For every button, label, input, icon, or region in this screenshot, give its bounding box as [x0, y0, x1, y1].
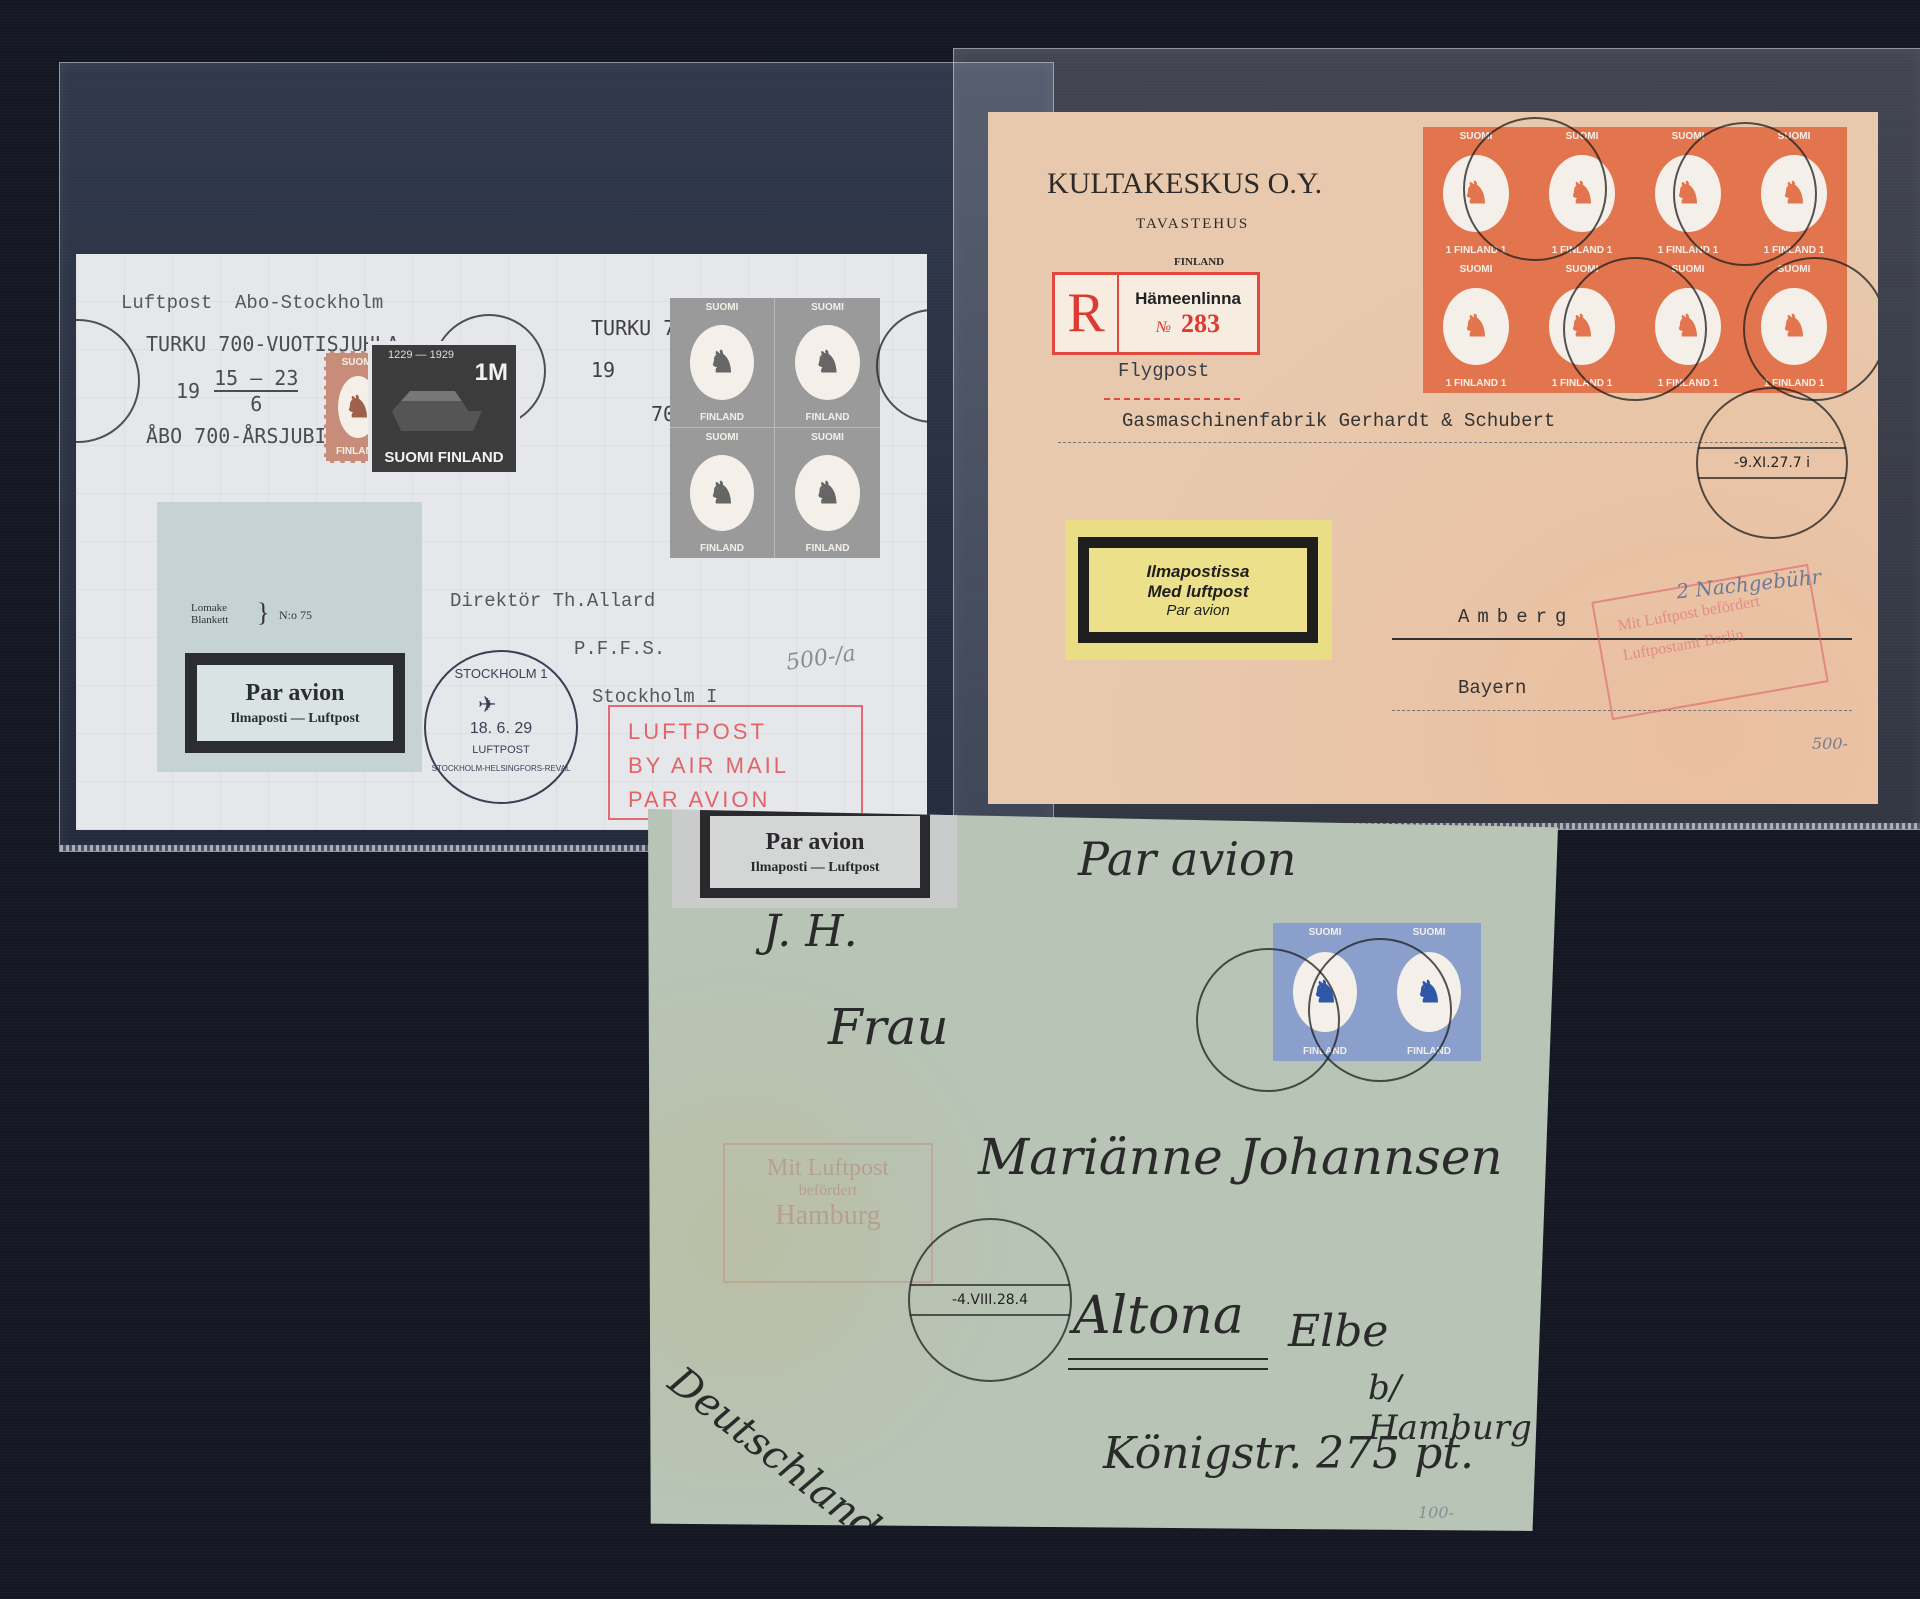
label-subtitle: Ilmaposti — Luftpost [750, 860, 879, 876]
plane-icon: ✈ [478, 692, 496, 718]
cover-right: KULTAKESKUS O.Y. TAVASTEHUS FINLAND R Hä… [988, 112, 1878, 804]
postmark-yxpila-3: -4.VIII.28.4 [908, 1218, 1072, 1382]
stamp-value: 1M [475, 359, 508, 387]
handwritten-river: Elbe [1288, 1306, 1388, 1357]
postmark-hameenlinna [1563, 257, 1707, 401]
label-title: Par avion [766, 829, 865, 856]
stamp-country: SUOMI [706, 302, 739, 313]
cancel-middle: LUFTPOST [426, 744, 576, 756]
registration-label: R Hämeenlinna № 283 [1052, 272, 1260, 355]
stamp-label: FINLAND [700, 412, 744, 423]
form-line1: Lomake [191, 602, 228, 614]
slogan-month: 6 [250, 392, 262, 416]
lion-icon: ♞ [795, 325, 860, 400]
address-line2: P.F.F.S. [574, 638, 665, 660]
faint-box-line3: Hamburg [725, 1200, 931, 1232]
stamp-5: SUOMI ♞ FINLAND [670, 428, 775, 558]
faint-hamburg-box: Mit Luftpost befördert Hamburg [723, 1143, 933, 1283]
company-city: TAVASTEHUS [1136, 216, 1249, 233]
stamp-5: SUOMI ♞ FINLAND [775, 428, 880, 558]
cancel-top: STOCKHOLM 1 [426, 666, 576, 681]
form-labels: Lomake Blankett [191, 602, 228, 626]
red-box-line2: BY AIR MAIL [628, 749, 861, 783]
city-to: Amberg [1458, 606, 1574, 628]
stamp-label: FINLAND [806, 412, 850, 423]
slogan-date-range: 15 — 23 [214, 366, 298, 392]
stamp-years: 1229 — 1929 [388, 349, 454, 361]
slogan-date-prefix: 19 [176, 379, 200, 403]
handwritten-name: Mariänne Johannsen [978, 1128, 1503, 1186]
faint-box-line2: befördert [725, 1182, 931, 1200]
form-line2: Blankett [191, 614, 228, 626]
luftpost-red-box: LUFTPOST BY AIR MAIL PAR AVION [608, 705, 863, 820]
handwritten-country: Deutschland [660, 1358, 889, 1531]
yellow-label-line3: Par avion [1166, 602, 1229, 619]
company-country: FINLAND [1174, 256, 1224, 268]
pencil-note: 500-/a [785, 641, 858, 675]
yellow-label-line2: Med luftpost [1147, 582, 1248, 602]
form-panel: Lomake Blankett } N:o 75 Par avion Ilmap… [157, 502, 422, 772]
stamp-1-markka: SUOMI♞1 FINLAND 1 [1423, 260, 1529, 393]
handwritten-city: Altona [1073, 1286, 1244, 1346]
stamp-country: SUOMI [1413, 927, 1446, 938]
lion-icon: ♞ [1443, 288, 1509, 366]
stamp-5: SUOMI ♞ FINLAND [670, 298, 775, 428]
addressee: Gasmaschinenfabrik Gerhardt & Schubert [1122, 410, 1555, 432]
yellow-airmail-label: Ilmapostissa Med luftpost Par avion [1065, 520, 1332, 660]
registration-number-prefix: № [1156, 319, 1171, 337]
stamp-country: SUOMI [706, 432, 739, 443]
lion-icon: ♞ [795, 455, 860, 531]
stamp-block-5-penni: SUOMI ♞ FINLAND SUOMI ♞ FINLAND SUOMI ♞ … [670, 298, 880, 558]
form-brace: } [257, 598, 269, 628]
stamp-ship-1m: 1229 — 1929 1M SUOMI FINLAND [368, 341, 520, 476]
label-subtitle: Ilmaposti — Luftpost [230, 711, 359, 727]
city-underline [1068, 1358, 1268, 1370]
faint-box-line1: Mit Luftpost [725, 1155, 931, 1182]
par-avion-label: Par avion Ilmaposti — Luftpost [185, 653, 405, 753]
handwritten-sender-initials: J. H. [763, 906, 858, 957]
typed-service: Flygpost [1118, 360, 1209, 382]
red-dash-line [1104, 398, 1240, 400]
address-line1: Direktör Th.Allard [450, 590, 655, 612]
registration-office: Hämeenlinna [1135, 289, 1241, 309]
label-title: Par avion [246, 680, 345, 707]
postmark-left [76, 319, 140, 443]
company-name: KULTAKESKUS O.Y. [1047, 167, 1322, 201]
postmark-hameenlinna [1673, 122, 1817, 266]
red-box-line1: LUFTPOST [628, 715, 861, 749]
registration-letter: R [1055, 275, 1119, 352]
stamp-country: SUOMI [1460, 264, 1493, 275]
postmark-hameenlinna [1743, 257, 1878, 401]
postmark-date: -9.XI.27.7 i [1698, 447, 1846, 479]
yellow-label-line1: Ilmapostissa [1147, 562, 1250, 582]
postmark-hameenlinna [1463, 117, 1607, 261]
stamp-label: 1 FINLAND 1 [1446, 378, 1507, 389]
par-avion-label-bottom: Par avion Ilmaposti — Luftpost [672, 798, 957, 908]
cancel-date: 18. 6. 29 [426, 720, 576, 738]
postmark-right [876, 309, 927, 423]
pencil-note: 100- [1418, 1503, 1454, 1522]
stamp-block-1-markka: SUOMI♞1 FINLAND 1SUOMI♞1 FINLAND 1SUOMI♞… [1423, 127, 1847, 393]
cover-bottom: Par avion Ilmaposti — Luftpost Par avion… [648, 798, 1558, 1531]
region-to: Bayern [1458, 677, 1526, 699]
stamp-country: SUOMI [811, 302, 844, 313]
stamp-label: FINLAND [700, 543, 744, 554]
cover-left: Luftpost Abo-Stockholm TURKU 700-VUOTISJ… [76, 254, 927, 830]
postmark-hameenlinna: -9.XI.27.7 i [1696, 387, 1848, 539]
stamp-5: SUOMI ♞ FINLAND [775, 298, 880, 428]
handwritten-salutation: Frau [828, 998, 949, 1056]
handwritten-service: Par avion [1078, 832, 1296, 886]
par-avion-frame: Par avion Ilmaposti — Luftpost [700, 806, 930, 898]
stamp-country: SUOMI [1309, 927, 1342, 938]
ship-icon [392, 381, 482, 431]
pencil-note-2: 500- [1812, 734, 1848, 753]
form-number: N:o 75 [279, 608, 312, 623]
handwritten-street: Königstr. 275 pt. [1103, 1428, 1474, 1479]
yellow-label-frame: Ilmapostissa Med luftpost Par avion [1078, 537, 1318, 643]
lion-icon: ♞ [690, 325, 754, 400]
stamp-country: SUOMI FINLAND [372, 449, 516, 466]
flight-cancel: STOCKHOLM 1 ✈ 18. 6. 29 LUFTPOST STOCKHO… [424, 650, 578, 804]
cancel-bottom: STOCKHOLM-HELSINGFORS-REVAL [426, 764, 576, 773]
stamp-label: FINLAND [806, 543, 850, 554]
lion-icon: ♞ [690, 455, 754, 531]
postmark-date: -4.VIII.28.4 [910, 1284, 1070, 1316]
postmark-yxpila-2 [1308, 938, 1452, 1082]
typed-header: Luftpost Abo-Stockholm [121, 292, 383, 314]
registration-number: 283 [1181, 309, 1220, 339]
stamp-country: SUOMI [811, 432, 844, 443]
